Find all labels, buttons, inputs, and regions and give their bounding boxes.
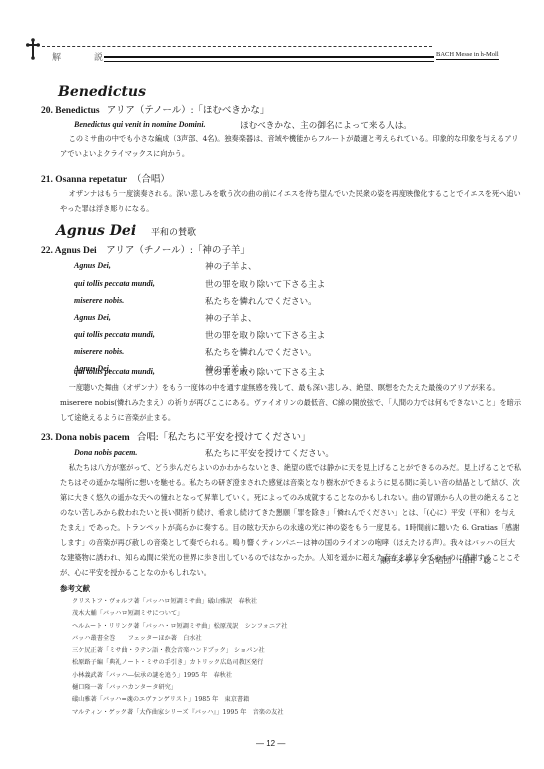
reference-item: ヘルムート・リリンク著「バッハ・ロ短調ミサ曲」松原茂訳 シンフォニア社 [72,621,287,633]
header-dashed-rule [42,46,432,47]
header-double-rule [104,56,434,62]
japanese-line: 神の子羊よ、 [205,260,257,272]
page-header: 解 説 BACH Messe in h-Moll [22,38,522,62]
japanese-line: 私たちを憐れんでください。 [205,346,317,358]
item-21-heading: 21. Osanna repetatur （合唱） [41,171,170,185]
latin-line: Agnus Dei, [74,313,111,322]
reference-item: 小林義武著「バッハ―伝承の謎を追う」1995 年 春秋社 [72,670,287,682]
page-number: ― 12 ― [256,739,285,748]
item-name: Dona nobis pacem [55,433,129,443]
item-name: Agnus Dei [55,246,97,256]
japanese-translation: 私たちに平安を授けてください。 [205,447,334,459]
references-title: 参考文献 [60,583,90,594]
item-23-heading: 23. Dona nobis pacem 合唱:「私たちに平安を授けてください」 [41,429,310,443]
japanese-line: 世の罪を取り除いて下さる主よ [205,329,325,341]
item-22-heading: 22. Agnus Dei アリア（チノール）:「神の子羊」 [41,242,250,256]
commentary-22: 一度聴いた舞曲（オザンナ）をもう一度体の中を通す虚無感を残して、最も深い悲しみ、… [60,380,522,425]
reference-item: 樋口隆一著「バッハカンタータ研究」 [72,682,287,694]
japanese-line: 世の罪を取り除いて下さる主よ [205,366,325,378]
references-list: クリストフ・ヴォルフ著「バッハロ短調ミサ曲」礒山雅訳 春秋社 茂木大輔「バッハロ… [72,596,287,719]
reference-item: 三ケ尻正著「ミサ曲・ラテン語・教会音楽ハンドブック」 ショパン社 [72,645,287,657]
latin-line: miserere nobis. [74,347,124,356]
latin-line: Agnus Dei, [74,261,111,270]
latin-line: qui tollis peccata mundi, [74,367,155,376]
item-name: Benedictus [55,106,99,116]
header-title: BACH Messe in h-Moll [436,51,499,60]
japanese-line: 私たちを憐れんでください。 [205,295,317,307]
item-type: アリア（チノール）:「神の子羊」 [106,246,250,256]
japanese-line: 神の子羊よ、 [205,312,257,324]
reference-item: クリストフ・ヴォルフ著「バッハロ短調ミサ曲」礒山雅訳 春秋社 [72,596,287,608]
author-signature: 瀬戸メサイア合唱団 山田 聡 [380,555,491,566]
reference-item: 礒山雅著「バッハ=魂のエヴァンゲリスト」1985 年 東京書籍 [72,694,287,706]
latin-text: Benedictus qui venit in nomine Domini. [74,120,206,129]
item-20-heading: 20. Benedictus アリア（テノール）:「ほむべきかな」 [41,102,269,116]
cross-icon [26,38,40,60]
item-type: 合唱:「私たちに平安を授けてください」 [137,433,311,443]
reference-item: 松原路子編「典礼ノート・ミサの手引き」カトリック広島司教区発行 [72,657,287,669]
item-number: 20. [41,106,53,116]
latin-text: Dona nobis pacem. [74,448,137,457]
reference-item: 茂木大輔「バッハロ短調ミサについて」 [72,608,287,620]
section-subtitle: 平和の賛歌 [151,228,196,238]
item-number: 22. [41,246,53,256]
latin-line: qui tollis peccata mundi, [74,330,155,339]
section-title-benedictus: Benedictus [58,84,146,100]
japanese-translation: ほむべきかな、主の御名によって来る人は。 [240,119,412,131]
reference-item: バッハ叢書全巻 フェッターほか著 白水社 [72,633,287,645]
item-type: アリア（テノール）:「ほむべきかな」 [107,106,270,116]
commentary-20: このミサ曲の中でも小さな編成（3声部、4名)。独奏楽器は、音域や機能からフルート… [60,131,522,161]
latin-line: qui tollis peccata mundi, [74,279,155,288]
reference-item: マルティン・ゲック著「大作曲家シリーズ『バッハ』」1995 年 音楽の友社 [72,707,287,719]
section-title-text: Agnus Dei [56,223,136,239]
japanese-line: 世の罪を取り除いて下さる主よ [205,278,325,290]
latin-line: miserere nobis. [74,296,124,305]
section-title-agnus-dei: Agnus Dei 平和の賛歌 [56,223,196,239]
commentary-21: オザンナはもう一度演奏される。深い悲しみを歌う次の曲の前にイエスを待ち望んでいた… [60,186,522,216]
item-number: 21. [41,175,53,185]
item-number: 23. [41,433,53,443]
item-type: （合唱） [132,175,170,185]
item-name: Osanna repetatur [55,175,127,185]
